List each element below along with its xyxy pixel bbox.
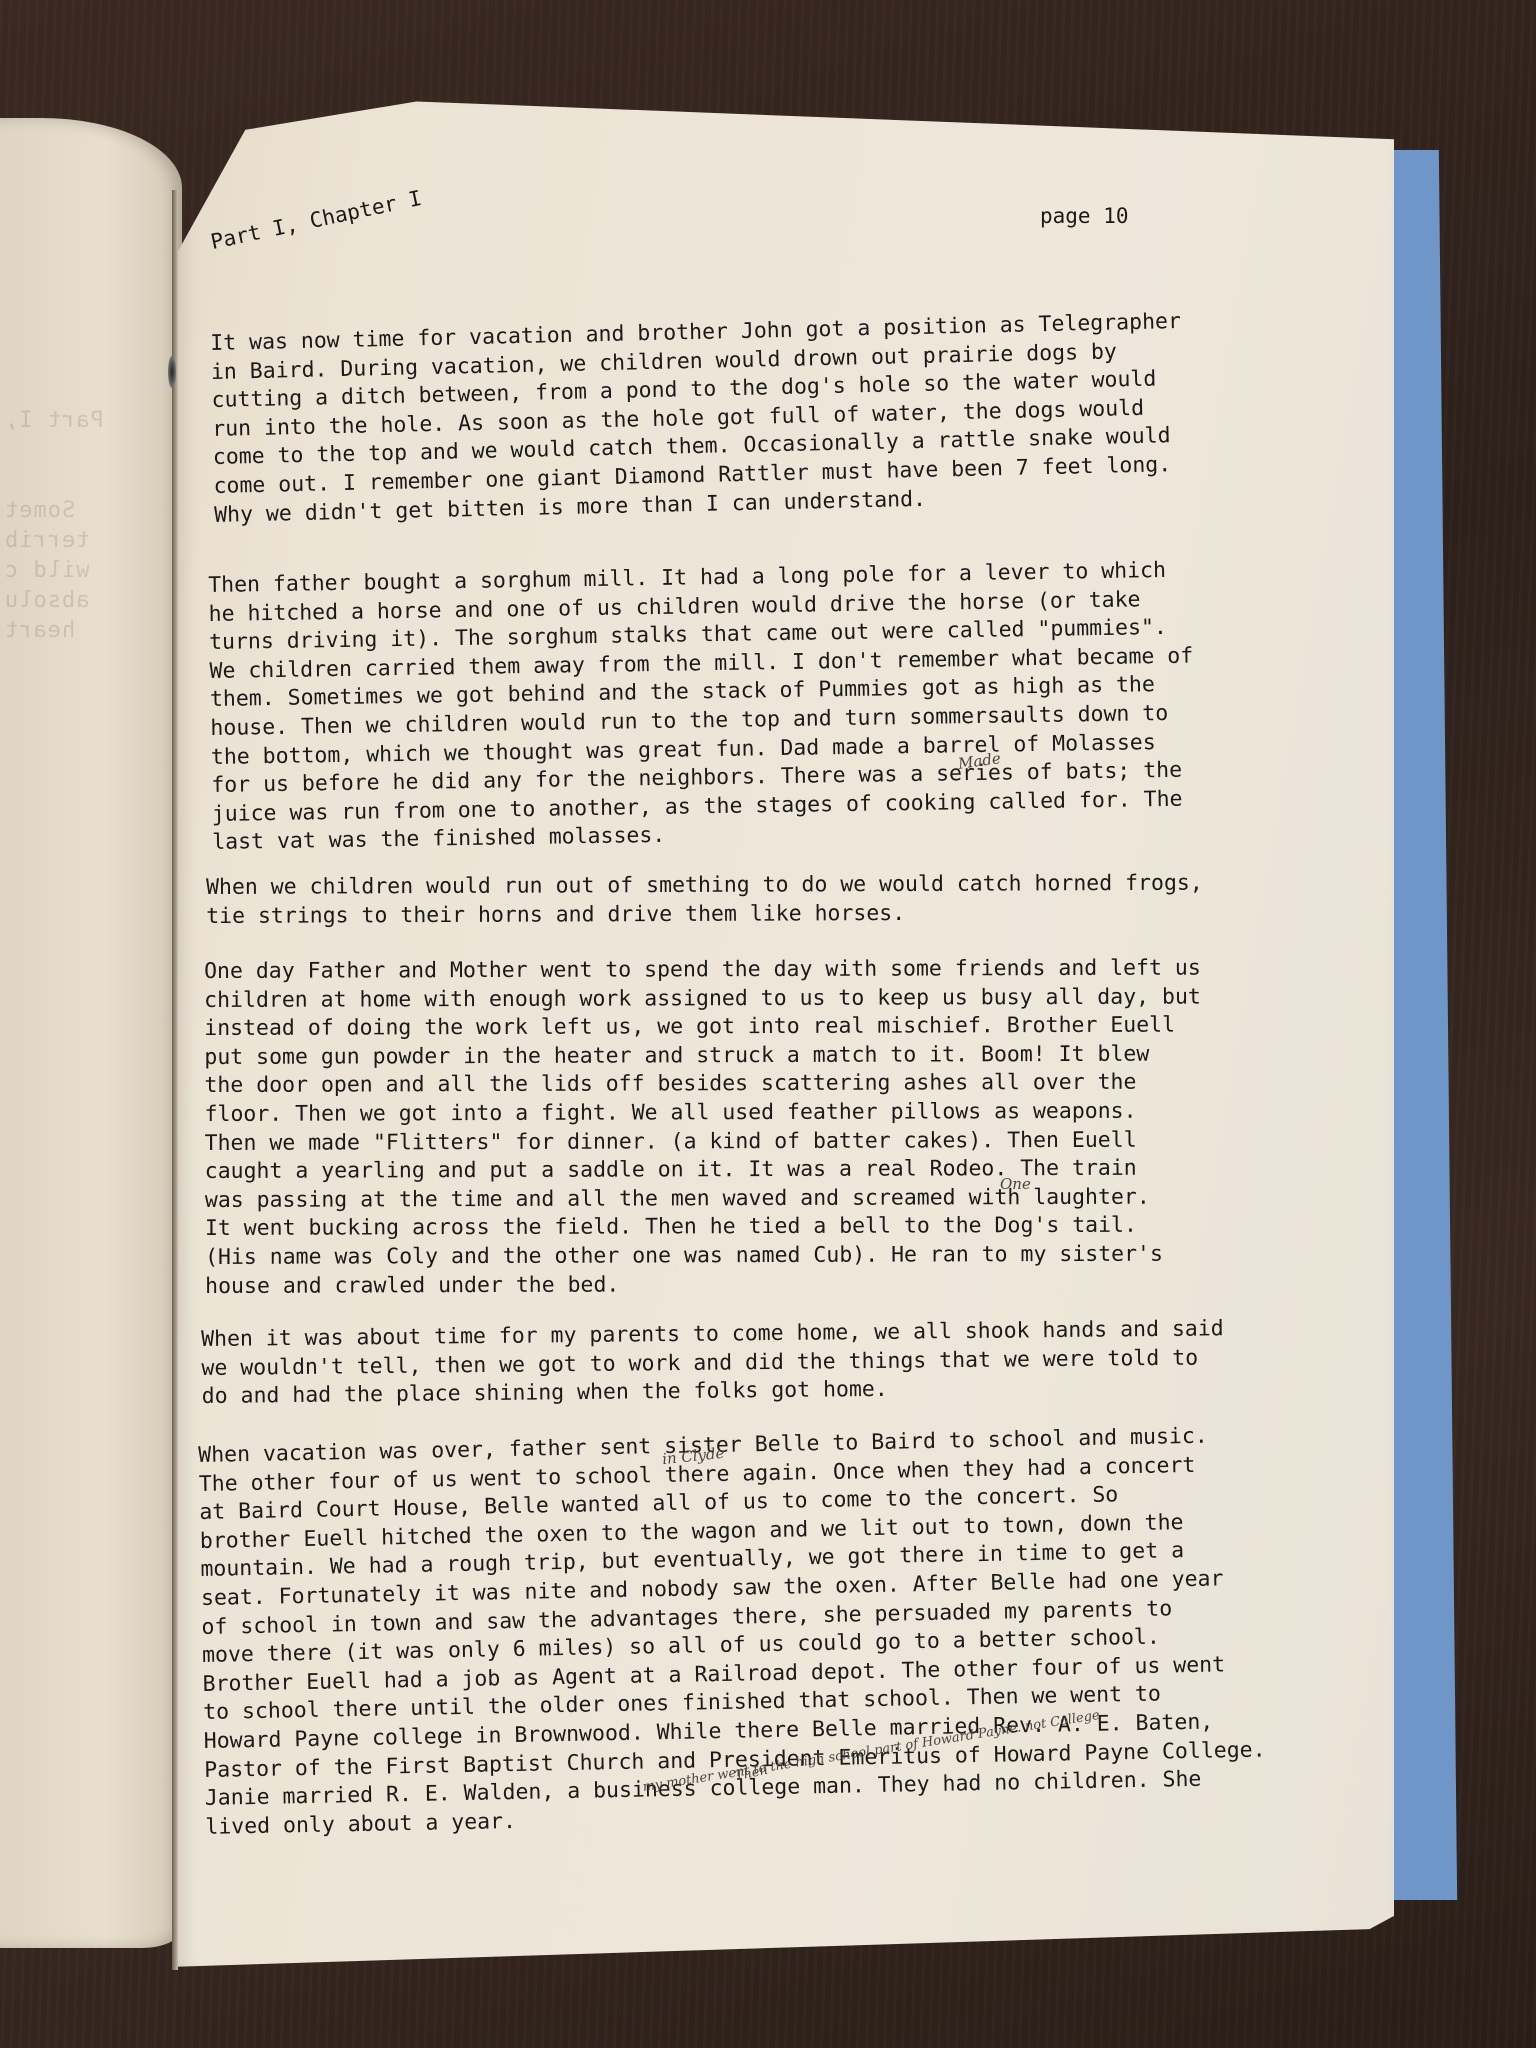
handwritten-annotation: One (1000, 1170, 1031, 1198)
text-line: Then we made "Flitters" for dinner. (a k… (205, 1126, 1285, 1158)
paragraph-sorghum-mill: Then father bought a sorghum mill. It ha… (208, 555, 1292, 858)
paragraph-horned-frogs: When we children would run out of smethi… (206, 869, 1286, 931)
paragraph-parents-home: When it was about time for my parents to… (201, 1315, 1282, 1412)
paragraph-mischief: One day Father and Mother went to spend … (204, 954, 1285, 1301)
text-line: caught a yearling and put a saddle on it… (205, 1154, 1285, 1186)
text-line: (His name was Coly and the other one was… (205, 1240, 1285, 1272)
text-line: house and crawled under the bed. (205, 1269, 1285, 1301)
handwritten-annotation: Made (956, 744, 1002, 778)
text-line: When we children would run out of smethi… (206, 869, 1286, 902)
paragraph-vacation: It was now time for vacation and brother… (210, 305, 1294, 530)
text-line: the door open and all the lids off besid… (204, 1069, 1284, 1101)
page-number: page 10 (1040, 202, 1129, 230)
text-line: instead of doing the work left us, we go… (204, 1011, 1284, 1043)
text-line: floor. Then we got into a fight. We all … (204, 1097, 1284, 1129)
text-line: put some gun powder in the heater and st… (204, 1040, 1284, 1072)
chapter-heading: Part I, Chapter I (208, 184, 424, 256)
text-line: was passing at the time and all the men … (205, 1183, 1285, 1215)
text-line: children at home with enough work assign… (204, 983, 1284, 1015)
text-line: tie strings to their horns and drive the… (206, 898, 1286, 931)
page-content: Part I, Chapter I page 10 It was now tim… (0, 0, 1536, 2048)
text-line: It went bucking across the field. Then h… (205, 1212, 1285, 1244)
text-line: One day Father and Mother went to spend … (204, 954, 1284, 986)
